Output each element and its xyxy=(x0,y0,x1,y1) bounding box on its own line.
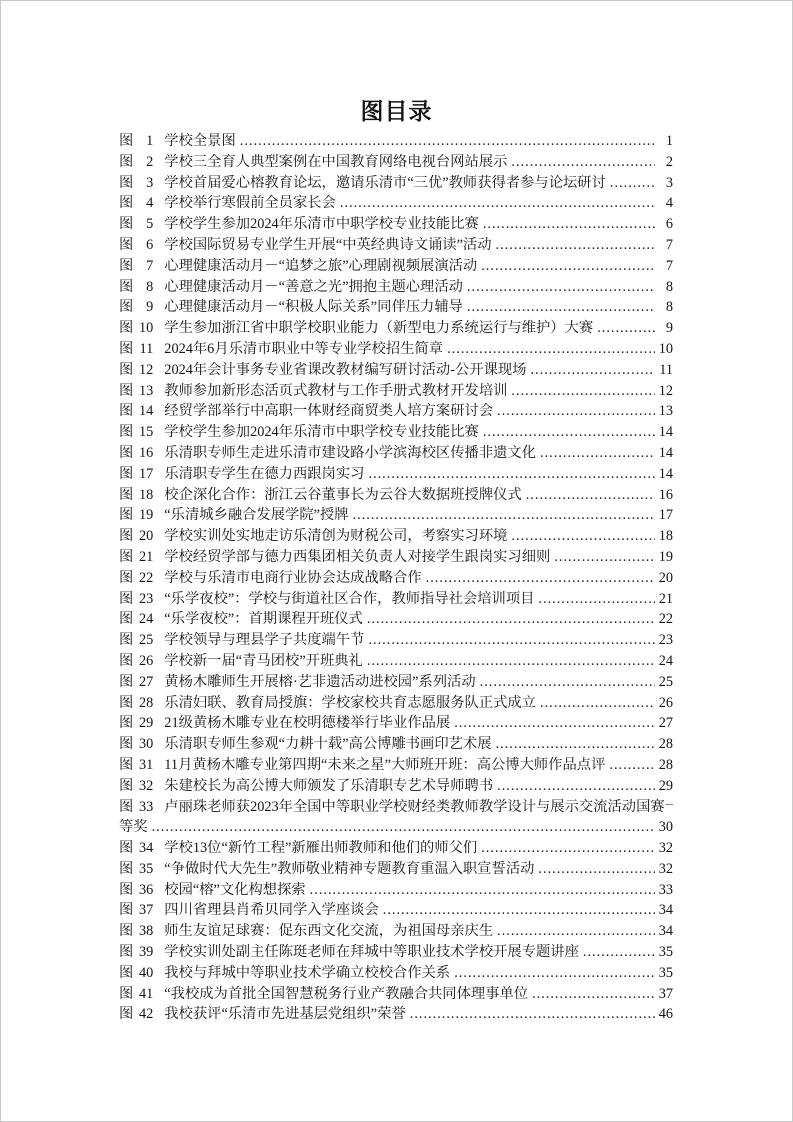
figure-label: 图 xyxy=(119,568,133,589)
figure-page-number: 24 xyxy=(658,651,673,672)
figure-number: 12 xyxy=(133,360,153,381)
figure-page-number: 30 xyxy=(658,817,673,838)
figure-label: 图 xyxy=(119,1004,133,1025)
dot-leader: ........................................… xyxy=(583,942,655,963)
figure-title: 教师参加新形态活页式教材与工作手册式教材开发培训 xyxy=(164,381,507,402)
figure-page-number: 20 xyxy=(658,568,673,589)
figure-label: 图 xyxy=(119,381,133,402)
dot-leader: ........................................… xyxy=(467,297,655,318)
toc-entry: 图 20 学校实训处实地走访乐清创为财税公司，考察实习环境 ..........… xyxy=(119,526,673,547)
toc-entry: 图 35 “争做时代大先生”教师敬业精神专题教育重温入职宣誓活动 .......… xyxy=(119,859,673,880)
figure-number: 21 xyxy=(133,547,153,568)
toc-entry: 图 10 学生参加浙江省中职学校职业能力（新型电力系统运行与维护）大赛 ....… xyxy=(119,318,673,339)
figure-title: 学校学生参加2024年乐清市中职学校专业技能比赛 xyxy=(164,422,479,443)
figure-page-number: 17 xyxy=(658,505,673,526)
toc-entry: 图 1 学校全景图 ..............................… xyxy=(119,131,673,152)
figure-page-number: 25 xyxy=(658,672,673,693)
document-page: 图目录 图 1 学校全景图 ..........................… xyxy=(0,0,793,1122)
dot-leader: ........................................… xyxy=(540,693,655,714)
dot-leader: ........................................… xyxy=(496,734,655,755)
figure-title: 乐清职专师生走进乐清市建设路小学滨海校区传播非遗文化 xyxy=(164,443,536,464)
toc-entry: 图 23 “乐学夜校”：学校与街道社区合作，教师指导社会培训项目 .......… xyxy=(119,589,673,610)
figure-label: 图 xyxy=(119,297,133,318)
dot-leader: ........................................… xyxy=(511,152,655,173)
figure-title: “我校成为首批全国智慧税务行业产教融合共同体理事单位 xyxy=(164,984,528,1005)
figure-label: 图 xyxy=(119,131,133,152)
figure-number: 31 xyxy=(133,755,153,776)
figure-page-number: 22 xyxy=(658,609,673,630)
toc-entry: 图 7 心理健康活动月－“追梦之旅”心理剧视频展演活动 ............… xyxy=(119,256,673,277)
figure-number: 40 xyxy=(133,963,153,984)
toc-entry: 图 33 卢丽珠老师获2023年全国中等职业学校财经类教师教学设计与展示交流活动… xyxy=(119,797,673,818)
figure-number: 10 xyxy=(133,318,153,339)
toc-entry: 图 40 我校与拜城中等职业技术学确立校校合作关系 ..............… xyxy=(119,963,673,984)
dot-leader: ........................................… xyxy=(610,173,655,194)
figure-number: 33 xyxy=(133,797,153,818)
toc-entry: 图 16 乐清职专师生走进乐清市建设路小学滨海校区传播非遗文化 ........… xyxy=(119,443,673,464)
toc-entry: 图 3 学校首届爱心榕教育论坛，邀请乐清市“三优”教师获得者参与论坛研讨 ...… xyxy=(119,173,673,194)
figure-page-number: 13 xyxy=(658,401,673,422)
figure-label: 图 xyxy=(119,630,133,651)
figure-number: 4 xyxy=(133,193,153,214)
dot-leader: ........................................… xyxy=(410,1004,655,1025)
figure-title: 学校与乐清市电商行业协会达成战略合作 xyxy=(164,568,421,589)
figure-title: 学校领导与理县学子共度端午节 xyxy=(164,630,364,651)
dot-leader: ........................................… xyxy=(481,256,655,277)
figure-page-number: 8 xyxy=(658,277,673,298)
toc-entry: 图 29 21级黄杨木雕专业在校明德楼举行毕业作品展 .............… xyxy=(119,713,673,734)
figure-label: 图 xyxy=(119,651,133,672)
figure-number: 2 xyxy=(133,152,153,173)
figure-number: 13 xyxy=(133,381,153,402)
figure-page-number: 12 xyxy=(658,381,673,402)
toc-entry: 图 26 学校新一届“青马团校”开班典礼 ...................… xyxy=(119,651,673,672)
figure-page-number: 37 xyxy=(658,984,673,1005)
dot-leader: ........................................… xyxy=(426,568,655,589)
toc-entry: 图 41 “我校成为首批全国智慧税务行业产教融合共同体理事单位 ........… xyxy=(119,984,673,1005)
figure-title: 我校获评“乐清市先进基层党组织”荣誉 xyxy=(164,1004,405,1025)
dot-leader: ........................................… xyxy=(497,921,655,942)
toc-entry: 图 12 2024年会计事务专业省课改教材编写研讨活动-公开课现场 ......… xyxy=(119,360,673,381)
figure-label: 图 xyxy=(119,900,133,921)
toc-entry: 图 13 教师参加新形态活页式教材与工作手册式教材开发培训 ..........… xyxy=(119,381,673,402)
figure-title: 乐清职专学生在德力西跟岗实习 xyxy=(164,464,364,485)
toc-entry: 图 14 经贸学部举行中高职一体财经商贸类人培方案研讨会 ...........… xyxy=(119,401,673,422)
dot-leader: ........................................… xyxy=(526,485,655,506)
toc-entry: 图 17 乐清职专学生在德力西跟岗实习 ....................… xyxy=(119,464,673,485)
figure-title: 心理健康活动月－“善意之光”拥抱主题心理活动 xyxy=(164,277,463,298)
dot-leader: ........................................… xyxy=(597,318,655,339)
figure-number: 34 xyxy=(133,838,153,859)
toc-entry: 图 4 学校举行寒假前全员家长会 .......................… xyxy=(119,193,673,214)
dot-leader: ........................................… xyxy=(367,651,655,672)
dot-leader: ........................................… xyxy=(454,963,655,984)
dot-leader: ........................................… xyxy=(554,547,655,568)
figure-number: 35 xyxy=(133,859,153,880)
figure-label: 图 xyxy=(119,547,133,568)
figure-page-number: 28 xyxy=(658,734,673,755)
figure-title: 经贸学部举行中高职一体财经商贸类人培方案研讨会 xyxy=(164,401,493,422)
figure-label: 图 xyxy=(119,173,133,194)
figure-title: 学校国际贸易专业学生开展“中英经典诗文诵读”活动 xyxy=(164,235,491,256)
toc-entry: 等奖 .....................................… xyxy=(119,817,673,838)
figure-number: 7 xyxy=(133,256,153,277)
figure-number: 29 xyxy=(133,713,153,734)
figure-number: 26 xyxy=(133,651,153,672)
toc-entry: 图 27 黄杨木雕师生开展榕·艺非遗活动进校园”系列活动 ...........… xyxy=(119,672,673,693)
figure-page-number: 7 xyxy=(658,235,673,256)
toc-entry: 图 25 学校领导与理县学子共度端午节 ....................… xyxy=(119,630,673,651)
figure-label: 图 xyxy=(119,859,133,880)
dot-leader: ........................................… xyxy=(240,131,655,152)
dot-leader: ........................................… xyxy=(538,859,655,880)
figure-page-number: 10 xyxy=(658,339,673,360)
figure-label: 图 xyxy=(119,526,133,547)
figure-number: 24 xyxy=(133,609,153,630)
toc-entry: 图 32 朱建校长为高公博大师颁发了乐清职专艺术导师聘书 ...........… xyxy=(119,776,673,797)
toc-entry: 图 39 学校实训处副主任陈珽老师在拜城中等职业技术学校开展专题讲座 .....… xyxy=(119,942,673,963)
figure-number: 5 xyxy=(133,214,153,235)
figure-title: “乐清城乡融合发展学院”授牌 xyxy=(164,505,348,526)
figure-label: 图 xyxy=(119,776,133,797)
figure-label: 图 xyxy=(119,755,133,776)
figure-title: 等奖 xyxy=(119,817,148,838)
toc-entry: 图 24 “乐学夜校”：首期课程开班仪式 ...................… xyxy=(119,609,673,630)
dot-leader: ........................................… xyxy=(368,464,655,485)
dot-leader: ........................................… xyxy=(353,505,655,526)
dot-leader: ........................................… xyxy=(532,984,655,1005)
figure-number: 17 xyxy=(133,464,153,485)
figure-page-number: 34 xyxy=(658,921,673,942)
figure-number: 6 xyxy=(133,235,153,256)
figure-title: 卢丽珠老师获2023年全国中等职业学校财经类教师教学设计与展示交流活动国赛一 xyxy=(164,797,673,818)
figure-label: 图 xyxy=(119,734,133,755)
figure-page-number: 32 xyxy=(658,859,673,880)
figure-page-number: 14 xyxy=(658,464,673,485)
figure-number: 9 xyxy=(133,297,153,318)
figure-number: 22 xyxy=(133,568,153,589)
figure-number: 30 xyxy=(133,734,153,755)
figure-title: 乐清妇联、教育局授旗：学校家校共育志愿服务队正式成立 xyxy=(164,693,536,714)
dot-leader: ........................................… xyxy=(367,609,655,630)
figure-page-number: 35 xyxy=(658,942,673,963)
figure-label: 图 xyxy=(119,422,133,443)
figure-title: 2024年会计事务专业省课改教材编写研讨活动-公开课现场 xyxy=(164,360,526,381)
figure-label: 图 xyxy=(119,277,133,298)
figure-number: 41 xyxy=(133,984,153,1005)
figure-page-number: 7 xyxy=(658,256,673,277)
figure-number: 25 xyxy=(133,630,153,651)
dot-leader: ........................................… xyxy=(383,900,655,921)
dot-leader: ........................................… xyxy=(368,630,655,651)
figure-label: 图 xyxy=(119,984,133,1005)
dot-leader: ........................................… xyxy=(340,193,655,214)
toc-entry: 图 18 校企深化合作：浙江云谷董事长为云谷大数据班授牌仪式 .........… xyxy=(119,485,673,506)
figure-page-number: 11 xyxy=(658,360,673,381)
dot-leader: ........................................… xyxy=(447,339,655,360)
figure-number: 16 xyxy=(133,443,153,464)
figure-label: 图 xyxy=(119,318,133,339)
dot-leader: ........................................… xyxy=(483,214,655,235)
figure-label: 图 xyxy=(119,672,133,693)
figure-label: 图 xyxy=(119,235,133,256)
dot-leader: ........................................… xyxy=(511,381,655,402)
page-title: 图目录 xyxy=(1,97,792,127)
figure-title: 学校全景图 xyxy=(164,131,235,152)
figure-label: 图 xyxy=(119,505,133,526)
figure-title: 11月黄杨木雕专业第四期“未来之星”大师班开班：高公博大师作品点评 xyxy=(164,755,605,776)
figure-title: 学校三全育人典型案例在中国教育网络电视台网站展示 xyxy=(164,152,507,173)
figure-label: 图 xyxy=(119,443,133,464)
figure-page-number: 32 xyxy=(658,838,673,859)
figure-page-number: 27 xyxy=(658,713,673,734)
figure-label: 图 xyxy=(119,921,133,942)
figure-title: 学校首届爱心榕教育论坛，邀请乐清市“三优”教师获得者参与论坛研讨 xyxy=(164,173,606,194)
figure-page-number: 23 xyxy=(658,630,673,651)
figure-number: 32 xyxy=(133,776,153,797)
figure-label: 图 xyxy=(119,152,133,173)
figure-number: 37 xyxy=(133,900,153,921)
figure-title: “乐学夜校”：首期课程开班仪式 xyxy=(164,609,363,630)
figure-page-number: 4 xyxy=(658,193,673,214)
dot-leader: ........................................… xyxy=(538,589,655,610)
figure-title: 学校13位“新竹工程”新雁出师教师和他们的师父们 xyxy=(164,838,477,859)
toc-entry: 图 8 心理健康活动月－“善意之光”拥抱主题心理活动 .............… xyxy=(119,277,673,298)
figure-page-number: 8 xyxy=(658,297,673,318)
dot-leader: ........................................… xyxy=(540,443,655,464)
figure-title: 学校实训处实地走访乐清创为财税公司，考察实习环境 xyxy=(164,526,507,547)
figure-label: 图 xyxy=(119,880,133,901)
figure-label: 图 xyxy=(119,609,133,630)
figure-label: 图 xyxy=(119,693,133,714)
figure-number: 39 xyxy=(133,942,153,963)
figure-number: 27 xyxy=(133,672,153,693)
dot-leader: ........................................… xyxy=(511,526,655,547)
figure-label: 图 xyxy=(119,485,133,506)
figure-label: 图 xyxy=(119,797,133,818)
figure-page-number: 33 xyxy=(658,880,673,901)
toc-entry: 图 9 心理健康活动月－“积极人际关系”同伴压力辅导 .............… xyxy=(119,297,673,318)
figure-page-number: 9 xyxy=(658,318,673,339)
figure-label: 图 xyxy=(119,963,133,984)
figure-page-number: 18 xyxy=(658,526,673,547)
figure-title: “争做时代大先生”教师敬业精神专题教育重温入职宣誓活动 xyxy=(164,859,534,880)
figure-label: 图 xyxy=(119,256,133,277)
toc-entry: 图 2 学校三全育人典型案例在中国教育网络电视台网站展示 ...........… xyxy=(119,152,673,173)
figure-label: 图 xyxy=(119,713,133,734)
figure-title: 校企深化合作：浙江云谷董事长为云谷大数据班授牌仪式 xyxy=(164,485,521,506)
figure-title: 乐清职专师生参观“力耕十载”高公博雕书画印艺术展 xyxy=(164,734,491,755)
figure-page-number: 1 xyxy=(658,131,673,152)
figure-number: 19 xyxy=(133,505,153,526)
figure-title: 学校经贸学部与德力西集团相关负责人对接学生跟岗实习细则 xyxy=(164,547,550,568)
figure-number: 42 xyxy=(133,1004,153,1025)
figure-label: 图 xyxy=(119,360,133,381)
figure-page-number: 34 xyxy=(658,900,673,921)
figure-page-number: 21 xyxy=(658,589,673,610)
toc-entry: 图 15 学校学生参加2024年乐清市中职学校专业技能比赛 ..........… xyxy=(119,422,673,443)
dot-leader: ........................................… xyxy=(152,817,655,838)
toc-entry: 图 38 师生友谊足球赛：促东西文化交流，为祖国母亲庆生 ...........… xyxy=(119,921,673,942)
toc-entry: 图 37 四川省理县肖希贝同学入学座谈会 ...................… xyxy=(119,900,673,921)
figure-title: “乐学夜校”：学校与街道社区合作，教师指导社会培训项目 xyxy=(164,589,534,610)
toc-entry: 图 42 我校获评“乐清市先进基层党组织”荣誉 ................… xyxy=(119,1004,673,1025)
figure-page-number: 29 xyxy=(658,776,673,797)
figure-page-number: 16 xyxy=(658,485,673,506)
figure-list: 图 1 学校全景图 ..............................… xyxy=(119,131,673,1025)
figure-title: 师生友谊足球赛：促东西文化交流，为祖国母亲庆生 xyxy=(164,921,493,942)
figure-number: 23 xyxy=(133,589,153,610)
toc-entry: 图 5 学校学生参加2024年乐清市中职学校专业技能比赛 ...........… xyxy=(119,214,673,235)
dot-leader: ........................................… xyxy=(497,401,655,422)
figure-title: 四川省理县肖希贝同学入学座谈会 xyxy=(164,900,378,921)
figure-title: 我校与拜城中等职业技术学确立校校合作关系 xyxy=(164,963,450,984)
figure-title: 心理健康活动月－“追梦之旅”心理剧视频展演活动 xyxy=(164,256,477,277)
figure-page-number: 14 xyxy=(658,443,673,464)
toc-entry: 图 6 学校国际贸易专业学生开展“中英经典诗文诵读”活动 ...........… xyxy=(119,235,673,256)
dot-leader: ........................................… xyxy=(609,755,655,776)
toc-entry: 图 19 “乐清城乡融合发展学院”授牌 ....................… xyxy=(119,505,673,526)
figure-page-number: 19 xyxy=(658,547,673,568)
figure-title: 朱建校长为高公博大师颁发了乐清职专艺术导师聘书 xyxy=(164,776,493,797)
figure-title: 学生参加浙江省中职学校职业能力（新型电力系统运行与维护）大赛 xyxy=(164,318,593,339)
figure-number: 11 xyxy=(133,339,153,360)
figure-number: 18 xyxy=(133,485,153,506)
figure-page-number: 46 xyxy=(658,1004,673,1025)
figure-title: 学校学生参加2024年乐清市中职学校专业技能比赛 xyxy=(164,214,479,235)
figure-label: 图 xyxy=(119,401,133,422)
toc-entry: 图 22 学校与乐清市电商行业协会达成战略合作 ................… xyxy=(119,568,673,589)
dot-leader: ........................................… xyxy=(310,880,655,901)
figure-number: 3 xyxy=(133,173,153,194)
dot-leader: ........................................… xyxy=(497,776,655,797)
dot-leader: ........................................… xyxy=(467,277,655,298)
toc-entry: 图 34 学校13位“新竹工程”新雁出师教师和他们的师父们 ..........… xyxy=(119,838,673,859)
figure-number: 14 xyxy=(133,401,153,422)
figure-label: 图 xyxy=(119,464,133,485)
figure-title: 学校举行寒假前全员家长会 xyxy=(164,193,336,214)
figure-page-number: 28 xyxy=(658,755,673,776)
dot-leader: ........................................… xyxy=(530,360,655,381)
toc-entry: 图 11 2024年6月乐清市职业中等专业学校招生简章 ............… xyxy=(119,339,673,360)
figure-title: 心理健康活动月－“积极人际关系”同伴压力辅导 xyxy=(164,297,463,318)
figure-page-number: 35 xyxy=(658,963,673,984)
figure-label: 图 xyxy=(119,942,133,963)
figure-number: 36 xyxy=(133,880,153,901)
figure-title: 2024年6月乐清市职业中等专业学校招生简章 xyxy=(164,339,443,360)
figure-page-number: 6 xyxy=(658,214,673,235)
figure-title: 黄杨木雕师生开展榕·艺非遗活动进校园”系列活动 xyxy=(164,672,475,693)
figure-number: 15 xyxy=(133,422,153,443)
figure-number: 28 xyxy=(133,693,153,714)
toc-entry: 图 36 校园“榕”文化构想探索 .......................… xyxy=(119,880,673,901)
toc-entry: 图 31 11月黄杨木雕专业第四期“未来之星”大师班开班：高公博大师作品点评 .… xyxy=(119,755,673,776)
figure-title: 学校实训处副主任陈珽老师在拜城中等职业技术学校开展专题讲座 xyxy=(164,942,579,963)
figure-label: 图 xyxy=(119,214,133,235)
dot-leader: ........................................… xyxy=(483,422,655,443)
figure-label: 图 xyxy=(119,193,133,214)
figure-title: 21级黄杨木雕专业在校明德楼举行毕业作品展 xyxy=(164,713,450,734)
dot-leader: ........................................… xyxy=(480,672,655,693)
toc-entry: 图 21 学校经贸学部与德力西集团相关负责人对接学生跟岗实习细则 .......… xyxy=(119,547,673,568)
figure-label: 图 xyxy=(119,339,133,360)
figure-number: 1 xyxy=(133,131,153,152)
figure-label: 图 xyxy=(119,589,133,610)
figure-page-number: 2 xyxy=(658,152,673,173)
figure-number: 38 xyxy=(133,921,153,942)
figure-page-number: 26 xyxy=(658,693,673,714)
dot-leader: ........................................… xyxy=(454,713,655,734)
figure-number: 20 xyxy=(133,526,153,547)
figure-title: 学校新一届“青马团校”开班典礼 xyxy=(164,651,363,672)
figure-page-number: 14 xyxy=(658,422,673,443)
toc-entry: 图 28 乐清妇联、教育局授旗：学校家校共育志愿服务队正式成立 ........… xyxy=(119,693,673,714)
figure-label: 图 xyxy=(119,838,133,859)
figure-title: 校园“榕”文化构想探索 xyxy=(164,880,305,901)
toc-entry: 图 30 乐清职专师生参观“力耕十载”高公博雕书画印艺术展 ..........… xyxy=(119,734,673,755)
dot-leader: ........................................… xyxy=(496,235,655,256)
dot-leader: ........................................… xyxy=(481,838,655,859)
figure-number: 8 xyxy=(133,277,153,298)
figure-page-number: 3 xyxy=(658,173,673,194)
